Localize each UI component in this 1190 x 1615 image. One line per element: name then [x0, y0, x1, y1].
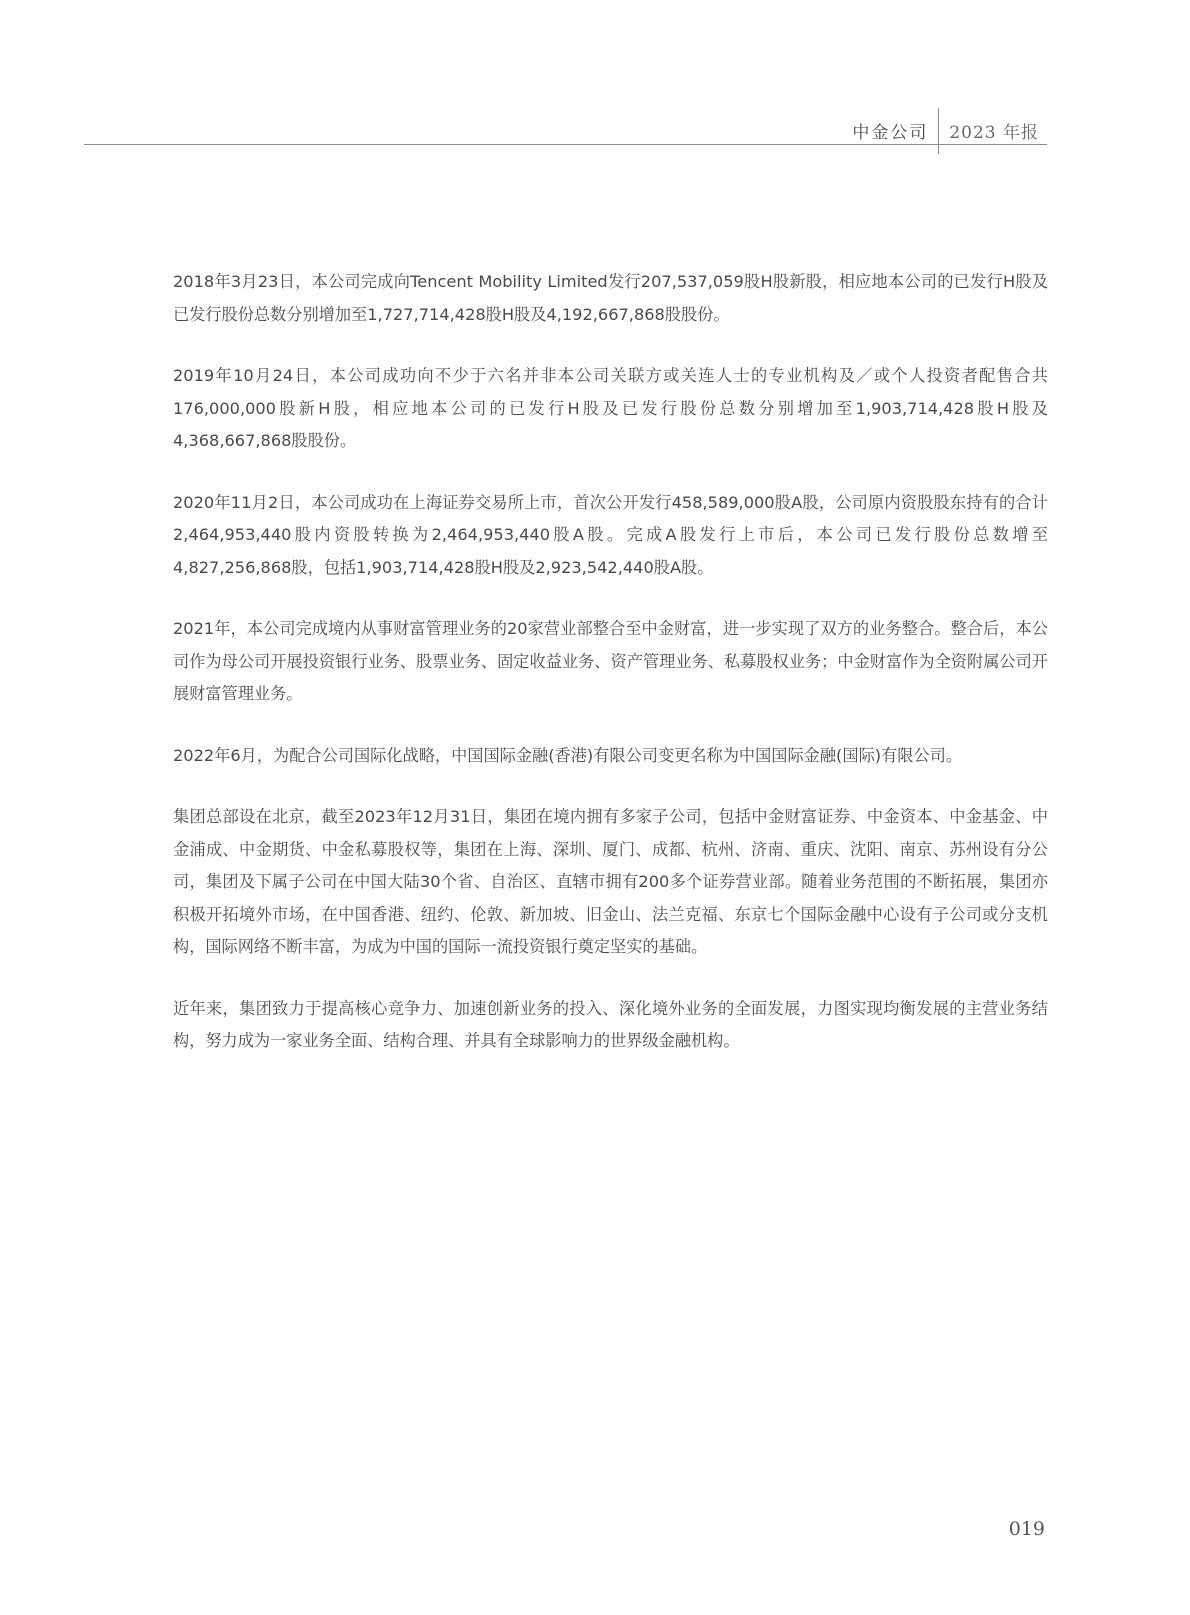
report-title: 2023 年报 — [939, 118, 1039, 143]
header-title-group: 中金公司 2023 年报 — [852, 106, 1039, 154]
paragraph-2018-h-share-issue: 2018年3月23日，本公司完成向Tencent Mobility Limite… — [173, 266, 1048, 331]
paragraph-2019-placement: 2019年10月24日，本公司成功向不少于六名并非本公司关联方或关连人士的专业机… — [173, 360, 1048, 458]
paragraph-strategy: 近年来，集团致力于提高核心竞争力、加速创新业务的投入、深化境外业务的全面发展，力… — [173, 993, 1048, 1058]
body-text: 2018年3月23日，本公司完成向Tencent Mobility Limite… — [173, 266, 1048, 1087]
paragraph-group-overview: 集团总部设在北京，截至2023年12月31日，集团在境内拥有多家子公司，包括中金… — [173, 801, 1048, 964]
paragraph-2022-rename: 2022年6月，为配合公司国际化战略，中国国际金融(香港)有限公司变更名称为中国… — [173, 740, 1048, 773]
paragraph-2021-integration: 2021年，本公司完成境内从事财富管理业务的20家营业部整合至中金财富，进一步实… — [173, 613, 1048, 711]
page-number: 019 — [1009, 1518, 1045, 1540]
company-name: 中金公司 — [852, 118, 938, 143]
page-header: 中金公司 2023 年报 — [84, 96, 1047, 145]
paragraph-2020-a-share-listing: 2020年11月2日，本公司成功在上海证券交易所上市，首次公开发行458,589… — [173, 487, 1048, 585]
